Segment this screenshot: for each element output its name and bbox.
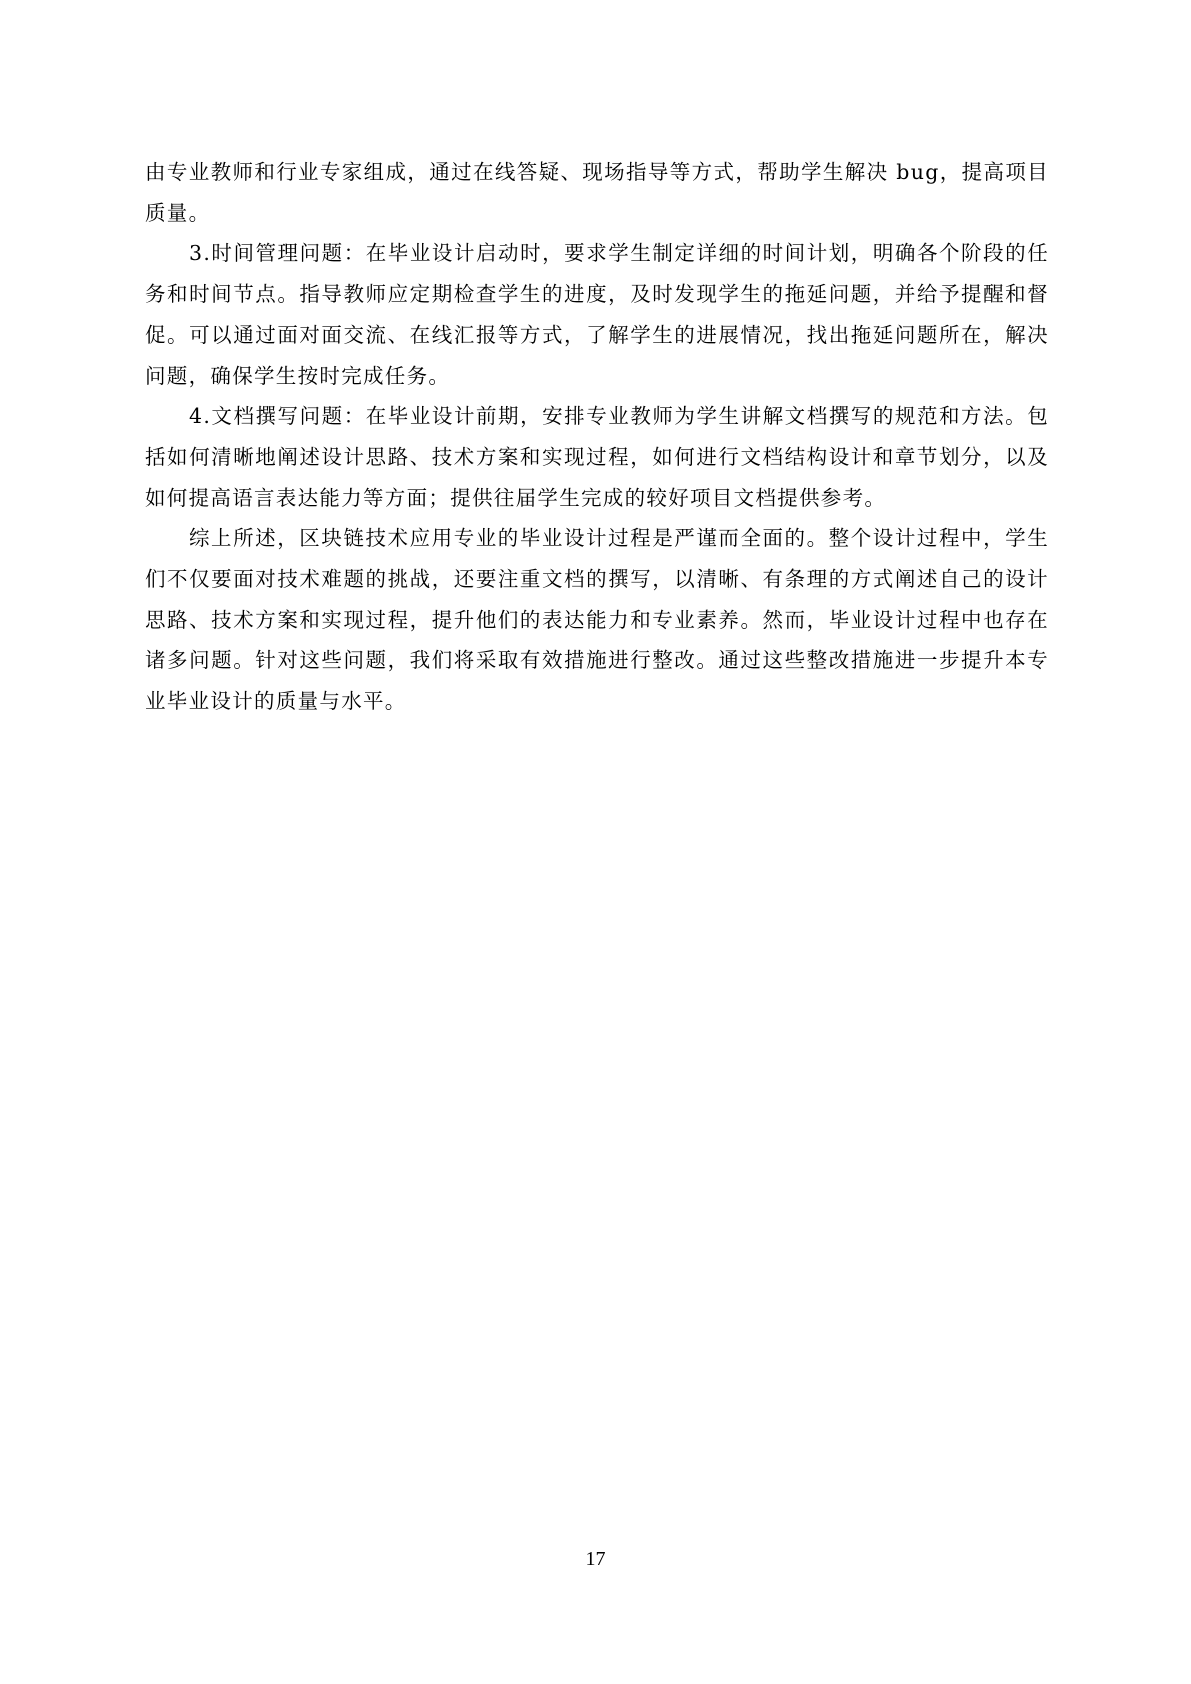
paragraph-continuation: 由专业教师和行业专家组成，通过在线答疑、现场指导等方式，帮助学生解决 bug，提…	[145, 152, 1049, 233]
paragraph-summary: 综上所述，区块链技术应用专业的毕业设计过程是严谨而全面的。整个设计过程中，学生们…	[145, 518, 1049, 722]
body-text: 由专业教师和行业专家组成，通过在线答疑、现场指导等方式，帮助学生解决 bug，提…	[145, 152, 1049, 722]
page-number: 17	[0, 1547, 1191, 1571]
paragraph-time-management: 3.时间管理问题：在毕业设计启动时，要求学生制定详细的时间计划，明确各个阶段的任…	[145, 233, 1049, 396]
paragraph-documentation-writing: 4.文档撰写问题：在毕业设计前期，安排专业教师为学生讲解文档撰写的规范和方法。包…	[145, 396, 1049, 518]
document-page: 由专业教师和行业专家组成，通过在线答疑、现场指导等方式，帮助学生解决 bug，提…	[0, 0, 1191, 1684]
